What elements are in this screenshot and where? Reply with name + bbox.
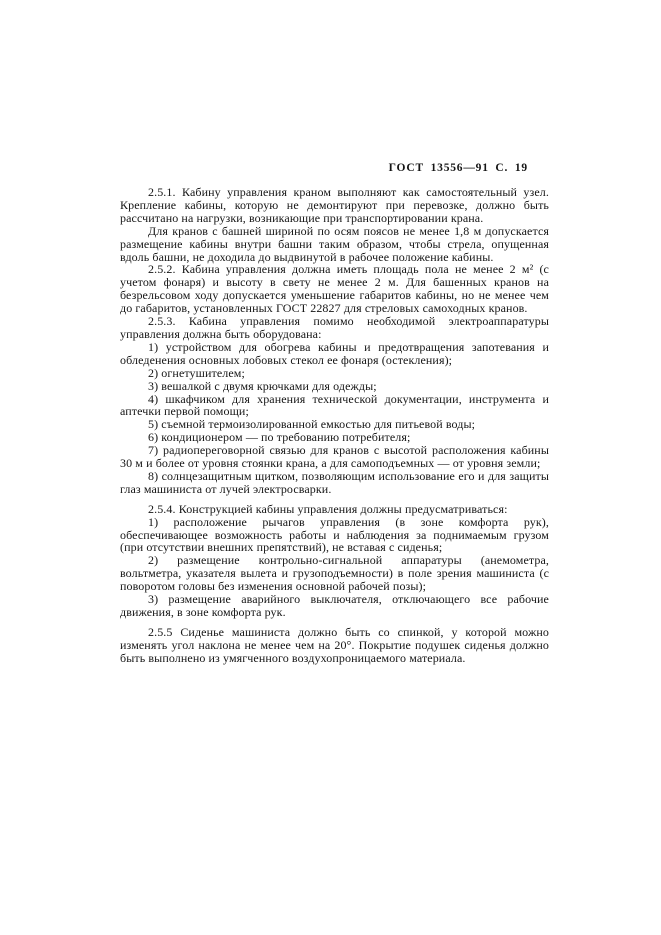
document-body: 2.5.1. Кабину управления краном выполняю… xyxy=(120,186,549,665)
page-header: ГОСТ 13556—91 С. 19 xyxy=(120,162,528,174)
equipment-list-item-1: 1) устройством для обогрева кабины и пре… xyxy=(120,341,549,367)
document-page: ГОСТ 13556—91 С. 19 2.5.1. Кабину управл… xyxy=(0,0,661,935)
equipment-list-item-2: 2) огнетушителем; xyxy=(120,367,549,380)
equipment-list-item-3: 3) вешалкой с двумя крючками для одежды; xyxy=(120,380,549,393)
design-list-item-1: 1) расположение рычагов управления (в зо… xyxy=(120,516,549,555)
clause-2-5-2-paragraph: 2.5.2. Кабина управления должна иметь пл… xyxy=(120,263,549,315)
design-list-item-2: 2) размещение контрольно-сигнальной аппа… xyxy=(120,554,549,593)
clause-2-5-4-paragraph: 2.5.4. Конструкцией кабины управления до… xyxy=(120,503,549,516)
clause-2-5-1-continuation-paragraph: Для кранов с башней шириной по осям пояс… xyxy=(120,225,549,264)
clause-2-5-3-paragraph: 2.5.3. Кабина управления помимо необходи… xyxy=(120,315,549,341)
equipment-list-item-8: 8) солнцезащитным щитком, позволяющим ис… xyxy=(120,470,549,496)
equipment-list-item-4: 4) шкафчиком для хранения технической до… xyxy=(120,393,549,419)
design-list-item-3: 3) размещение аварийного выключателя, от… xyxy=(120,593,549,619)
clause-2-5-5-paragraph: 2.5.5 Сиденье машиниста должно быть со с… xyxy=(120,626,549,665)
equipment-list-item-7: 7) радиопереговорной связью для кранов с… xyxy=(120,444,549,470)
clause-2-5-1-paragraph: 2.5.1. Кабину управления краном выполняю… xyxy=(120,186,549,225)
